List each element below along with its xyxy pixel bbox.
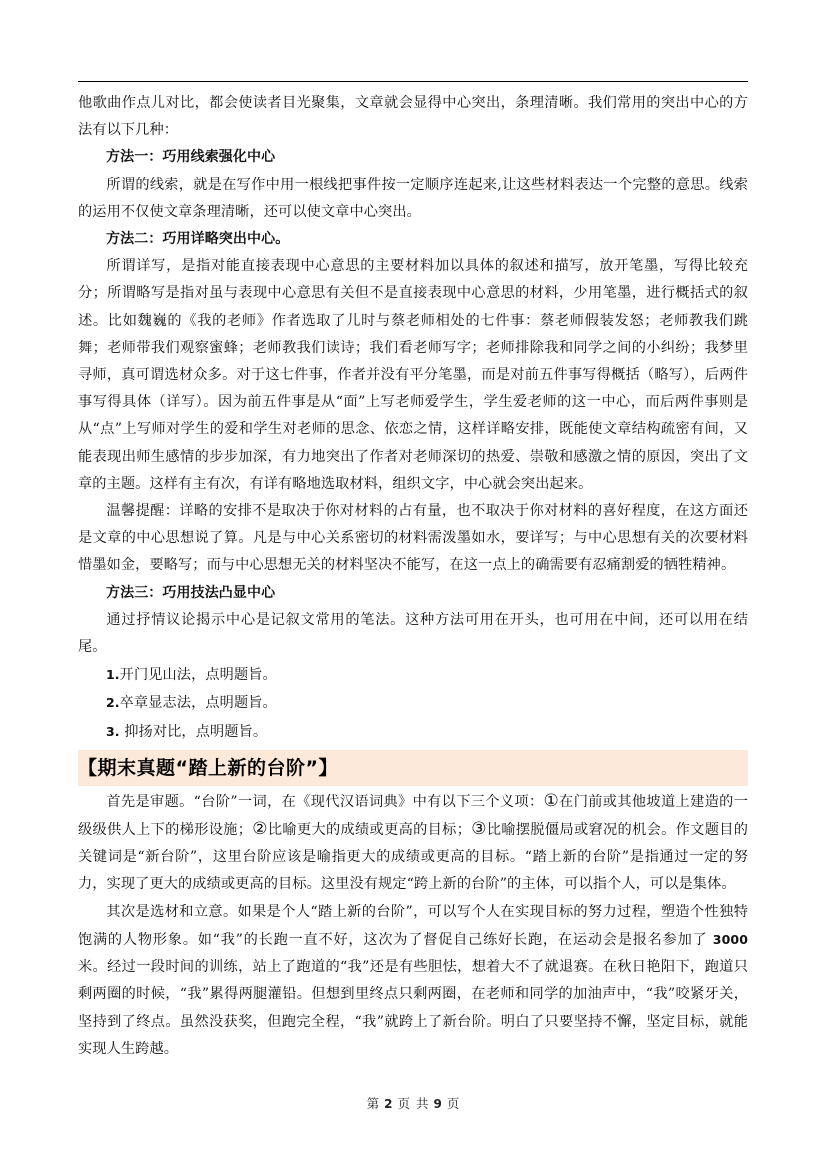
distance-number: 3000	[713, 932, 748, 947]
circled-number-1: ①	[544, 791, 560, 811]
current-page-number: 2	[384, 1097, 393, 1111]
method2-tip: 温馨提醒：详略的安排不是取决于你对材料的占有量，也不取决于你对材料的喜好程度，在…	[78, 498, 748, 580]
page-footer: 第2页 共9页	[0, 1094, 827, 1112]
method3-title: 方法三：巧用技法凸显中心	[78, 580, 748, 607]
section-paragraph-1: 首先是审题。“台阶”一词，在《现代汉语词典》中有以下三个义项：①在门前或其他坡道…	[78, 788, 748, 899]
method2-title: 方法二：巧用详略突出中心。	[78, 226, 748, 253]
text-run: 米。经过一段时间的训练，站上了跑道的“我”还是有些胆怯，想着大不了就退赛。在秋日…	[78, 959, 748, 1057]
section-paragraph-2: 其次是选材和立意。如果是个人“踏上新的台阶”，可以写个人在实现目标的努力过程，塑…	[78, 899, 748, 1063]
method2-body: 所谓详写，是指对能直接表现中心意思的主要材料加以具体的叙述和描写，放开笔墨，写得…	[78, 253, 748, 498]
method1-title: 方法一：巧用线索强化中心	[78, 144, 748, 171]
list-item-number: 2.	[106, 695, 120, 710]
circled-number-3: ③	[471, 819, 487, 839]
section-heading-banner: 【期末真题“踏上新的台阶”】	[78, 750, 748, 786]
document-body: 他歌曲作点儿对比，都会使读者目光聚集，文章就会显得中心突出，条理清晰。我们常用的…	[78, 90, 748, 1063]
total-pages-number: 9	[433, 1097, 442, 1111]
text-run: 首先是审题。“台阶”一词，在《现代汉语词典》中有以下三个义项：	[106, 794, 543, 810]
method3-body: 通过抒情议论揭示中心是记叙文常用的笔法。这种方法可用在开头，也可用在中间，还可以…	[78, 607, 748, 661]
list-item: 3. 抑扬对比，点明题旨。	[78, 718, 748, 746]
list-item: 1.开门见山法，点明题旨。	[78, 661, 748, 689]
header-rule	[78, 81, 748, 82]
continuation-paragraph: 他歌曲作点儿对比，都会使读者目光聚集，文章就会显得中心突出，条理清晰。我们常用的…	[78, 90, 748, 144]
list-item-text: 开门见山法，点明题旨。	[120, 667, 277, 683]
list-item-text: 抑扬对比，点明题旨。	[120, 724, 268, 740]
circled-number-2: ②	[252, 819, 268, 839]
footer-suffix: 页	[447, 1096, 461, 1111]
list-item: 2.卒章显志法，点明题旨。	[78, 689, 748, 717]
list-item-number: 3.	[106, 724, 120, 739]
text-run: 比喻更大的成绩或更高的目标；	[268, 822, 471, 838]
list-item-number: 1.	[106, 667, 120, 682]
text-run: 其次是选材和立意。如果是个人“踏上新的台阶”，可以写个人在实现目标的努力过程，塑…	[78, 904, 748, 948]
list-item-text: 卒章显志法，点明题旨。	[120, 695, 277, 711]
method1-body: 所谓的线索，就是在写作中用一根线把事件按一定顺序连起来,让这些材料表达一个完整的…	[78, 172, 748, 226]
footer-prefix: 第	[367, 1096, 381, 1111]
footer-middle: 页 共	[398, 1096, 430, 1111]
